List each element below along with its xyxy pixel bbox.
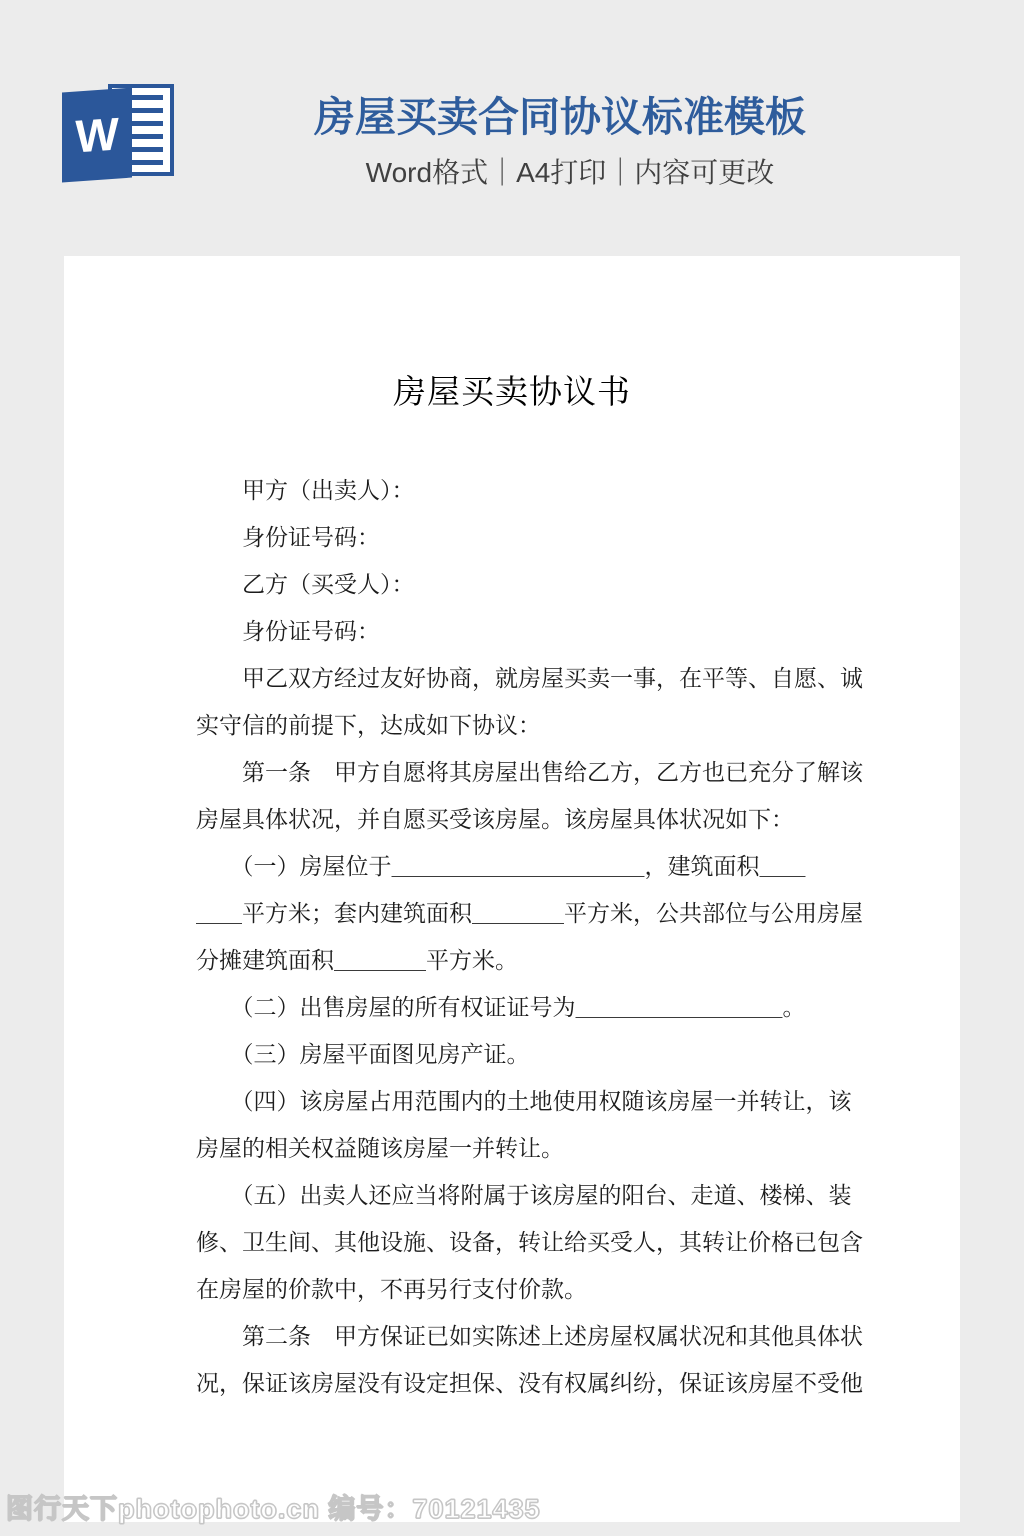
document-line: 房屋具体状况，并自愿买受该房屋。该房屋具体状况如下： — [196, 796, 860, 843]
template-title: 房屋买卖合同协议标准模板 — [200, 93, 920, 142]
template-subtitle: Word格式｜A4打印｜内容可更改 — [210, 156, 930, 190]
document-page: 房屋买卖协议书 甲方（出卖人）： 身份证号码： 乙方（买受人）： 身份证号码： … — [64, 256, 960, 1522]
document-line: 甲方（出卖人）： — [196, 467, 860, 514]
document-line: ＿＿平方米；套内建筑面积＿＿＿＿平方米，公共部位与公用房屋 — [196, 890, 860, 937]
watermark: 图行天下photophoto.cn 编号：70121435 — [6, 1487, 541, 1526]
document-line: （三）房屋平面图见房产证。 — [196, 1031, 860, 1078]
document-line: 修、卫生间、其他设施、设备，转让给买受人，其转让价格已包含 — [196, 1219, 860, 1266]
word-icon-letter: W — [75, 106, 118, 163]
document-line: （一）房屋位于＿＿＿＿＿＿＿＿＿＿＿，建筑面积＿＿ — [196, 843, 860, 890]
document-line: 乙方（买受人）： — [196, 561, 860, 608]
document-body: 甲方（出卖人）： 身份证号码： 乙方（买受人）： 身份证号码： 甲乙双方经过友好… — [196, 467, 860, 1407]
document-line: 分摊建筑面积＿＿＿＿平方米。 — [196, 937, 860, 984]
document-line: 身份证号码： — [196, 514, 860, 561]
document-line: 实守信的前提下，达成如下协议： — [196, 702, 860, 749]
document-line: 房屋的相关权益随该房屋一并转让。 — [196, 1125, 860, 1172]
document-line: 第一条 甲方自愿将其房屋出售给乙方，乙方也已充分了解该 — [196, 749, 860, 796]
document-line: （二）出售房屋的所有权证证号为＿＿＿＿＿＿＿＿＿。 — [196, 984, 860, 1031]
document-line: （四）该房屋占用范围内的土地使用权随该房屋一并转让，该 — [196, 1078, 860, 1125]
document-line: 况，保证该房屋没有设定担保、没有权属纠纷，保证该房屋不受他 — [196, 1360, 860, 1407]
document-line: 甲乙双方经过友好协商，就房屋买卖一事，在平等、自愿、诚 — [196, 655, 860, 702]
document-line: （五）出卖人还应当将附属于该房屋的阳台、走道、楼梯、装 — [196, 1172, 860, 1219]
word-icon-front-panel: W — [62, 88, 132, 183]
document-line: 第二条 甲方保证已如实陈述上述房屋权属状况和其他具体状 — [196, 1313, 860, 1360]
document-line: 在房屋的价款中，不再另行支付价款。 — [196, 1266, 860, 1313]
document-line: 身份证号码： — [196, 608, 860, 655]
word-icon: W — [62, 82, 174, 182]
template-header: W 房屋买卖合同协议标准模板 Word格式｜A4打印｜内容可更改 — [0, 0, 1024, 256]
document-title: 房屋买卖协议书 — [64, 366, 960, 413]
